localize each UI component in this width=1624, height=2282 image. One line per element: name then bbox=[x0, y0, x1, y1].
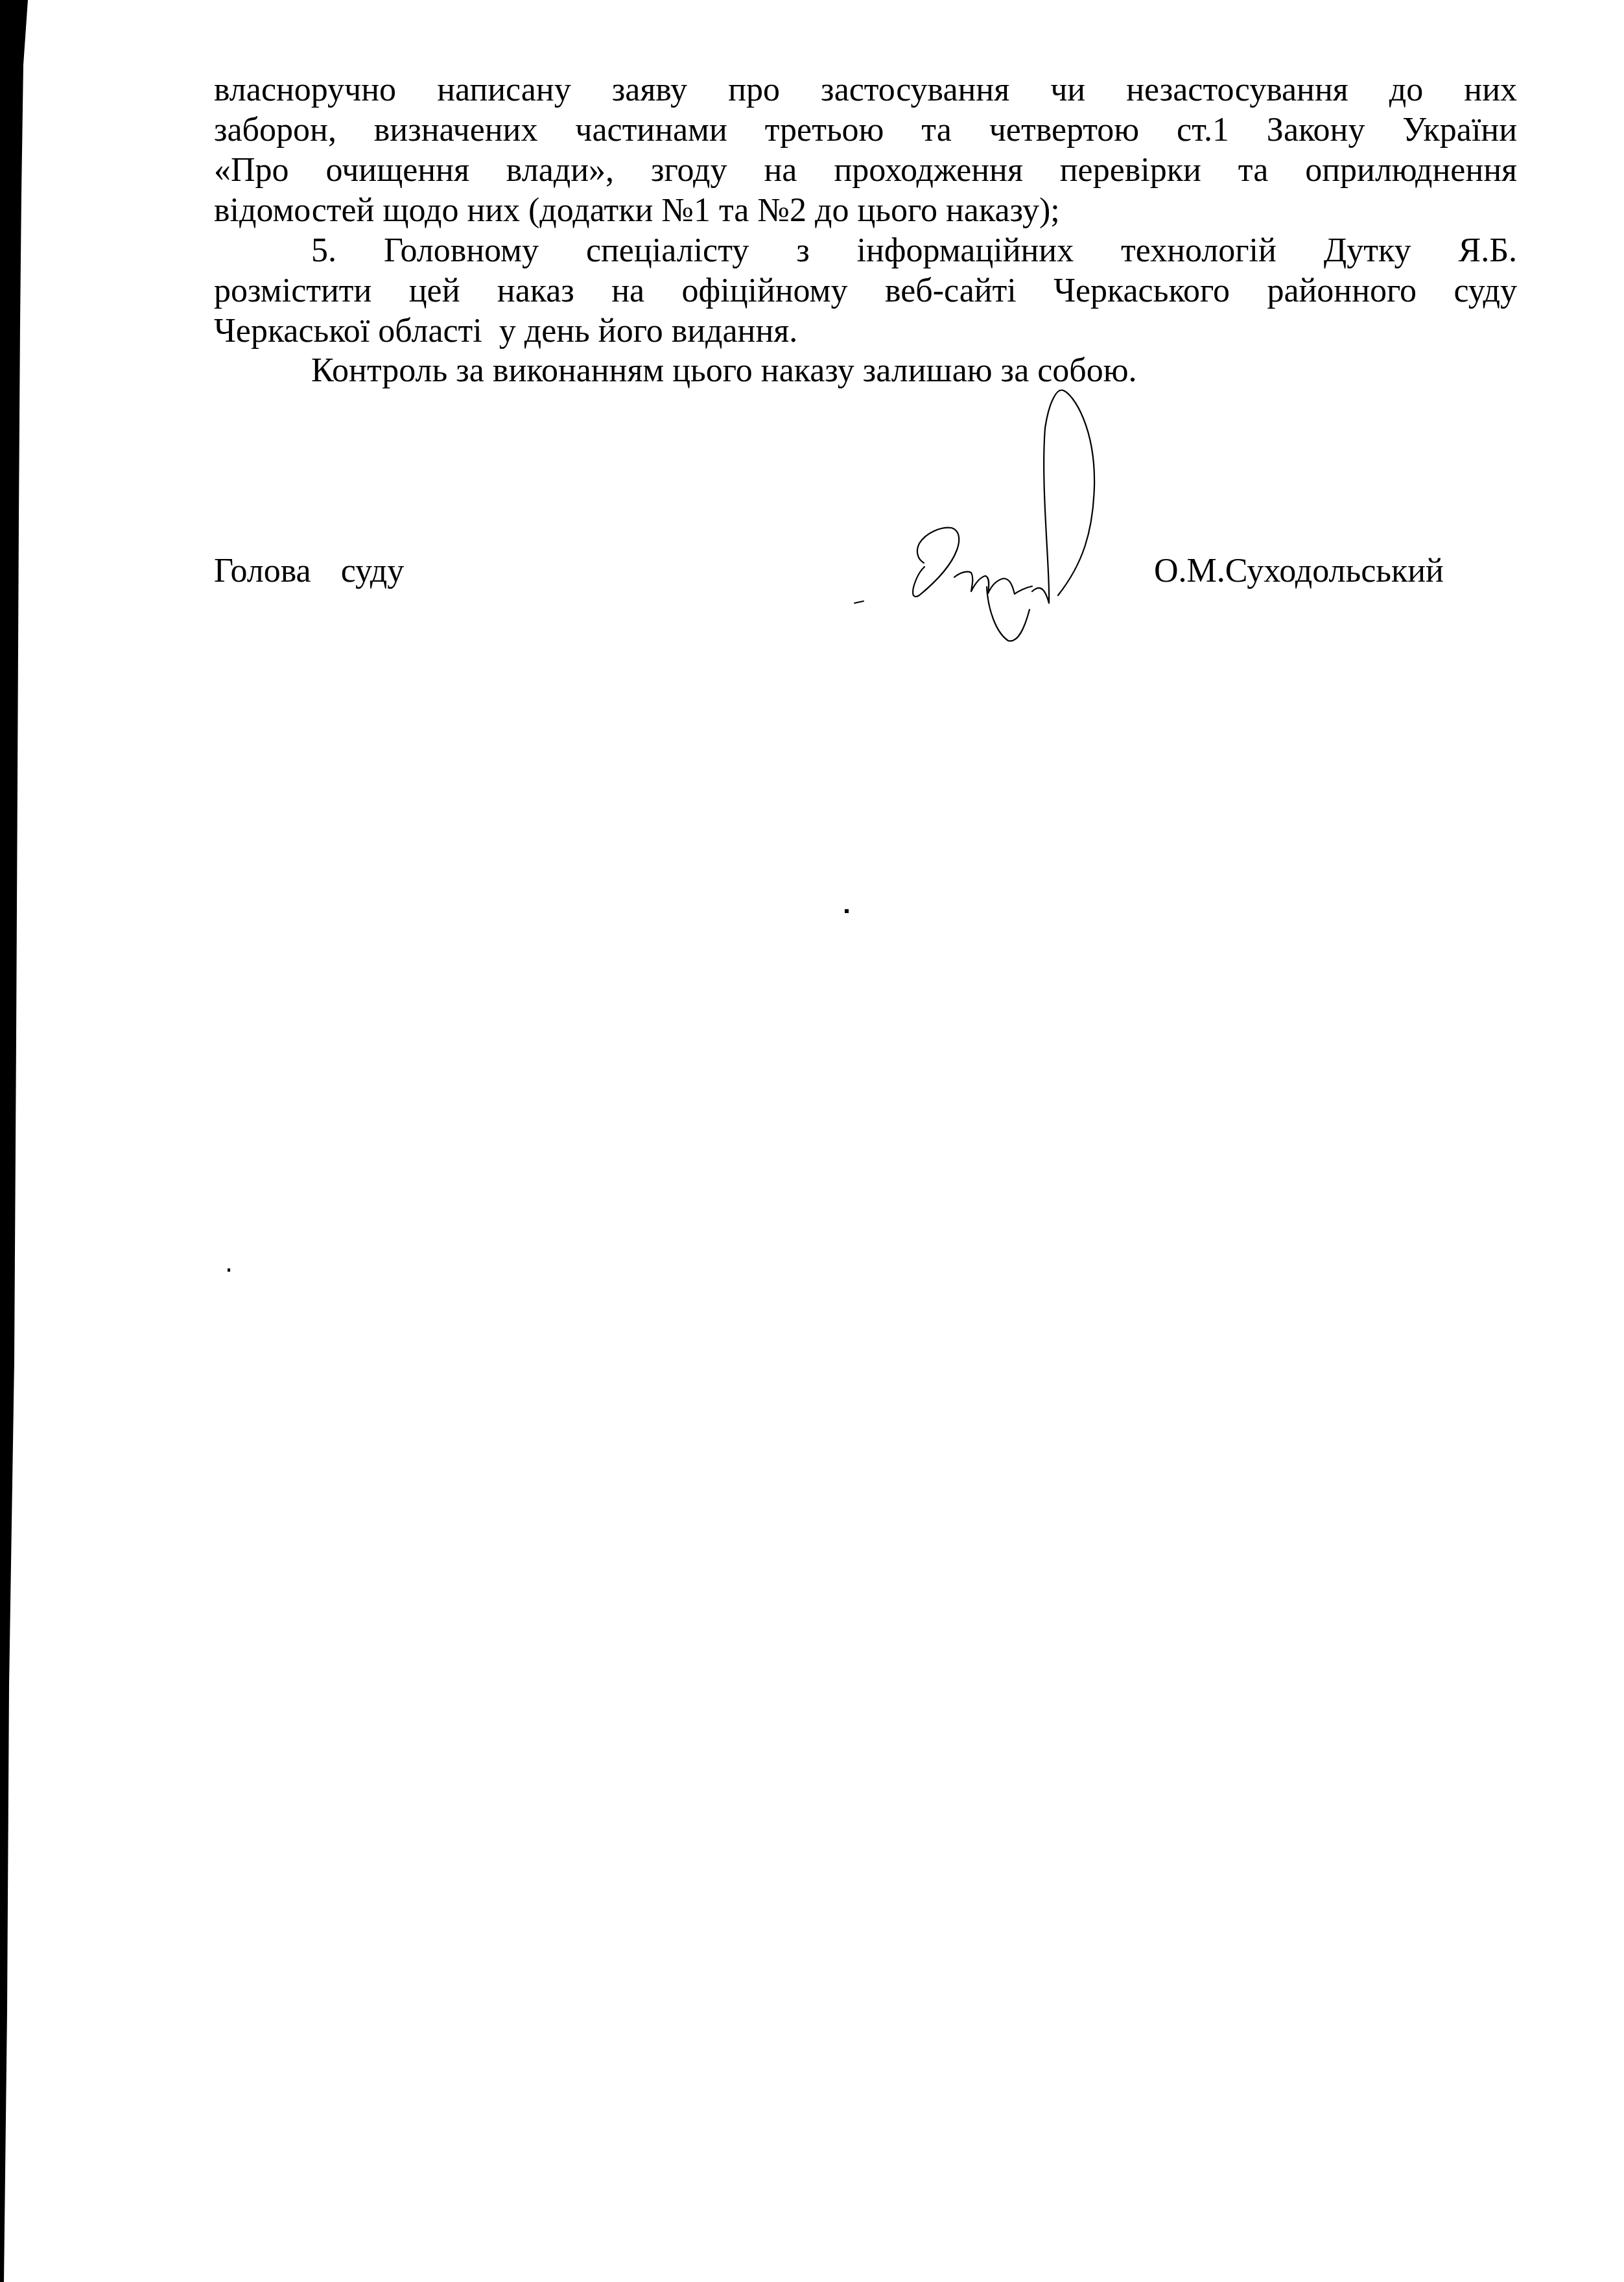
scan-speck bbox=[228, 1268, 230, 1272]
text-line: розмістити цей наказ на офіційному веб-с… bbox=[214, 271, 1517, 311]
text-line: Контроль за виконанням цього наказу зали… bbox=[214, 351, 1517, 391]
signatory-name: О.М.Суходольський bbox=[1154, 551, 1444, 591]
signatory-title: Голова суду bbox=[214, 551, 404, 591]
text-line: Черкаської області у день його видання. bbox=[214, 311, 1517, 351]
text-line: «Про очищення влади», згоду на проходжен… bbox=[214, 150, 1517, 191]
text-line: власноручно написану заяву про застосува… bbox=[214, 70, 1517, 110]
scan-speck bbox=[845, 909, 849, 913]
text-line: 5. Головному спеціалісту з інформаційних… bbox=[214, 231, 1517, 271]
handwritten-signature-icon bbox=[843, 389, 1167, 661]
text-line: заборон, визначених частинами третьою та… bbox=[214, 110, 1517, 150]
text-line: відомостей щодо них (додатки №1 та №2 до… bbox=[214, 191, 1517, 231]
scan-border bbox=[0, 0, 39, 2282]
